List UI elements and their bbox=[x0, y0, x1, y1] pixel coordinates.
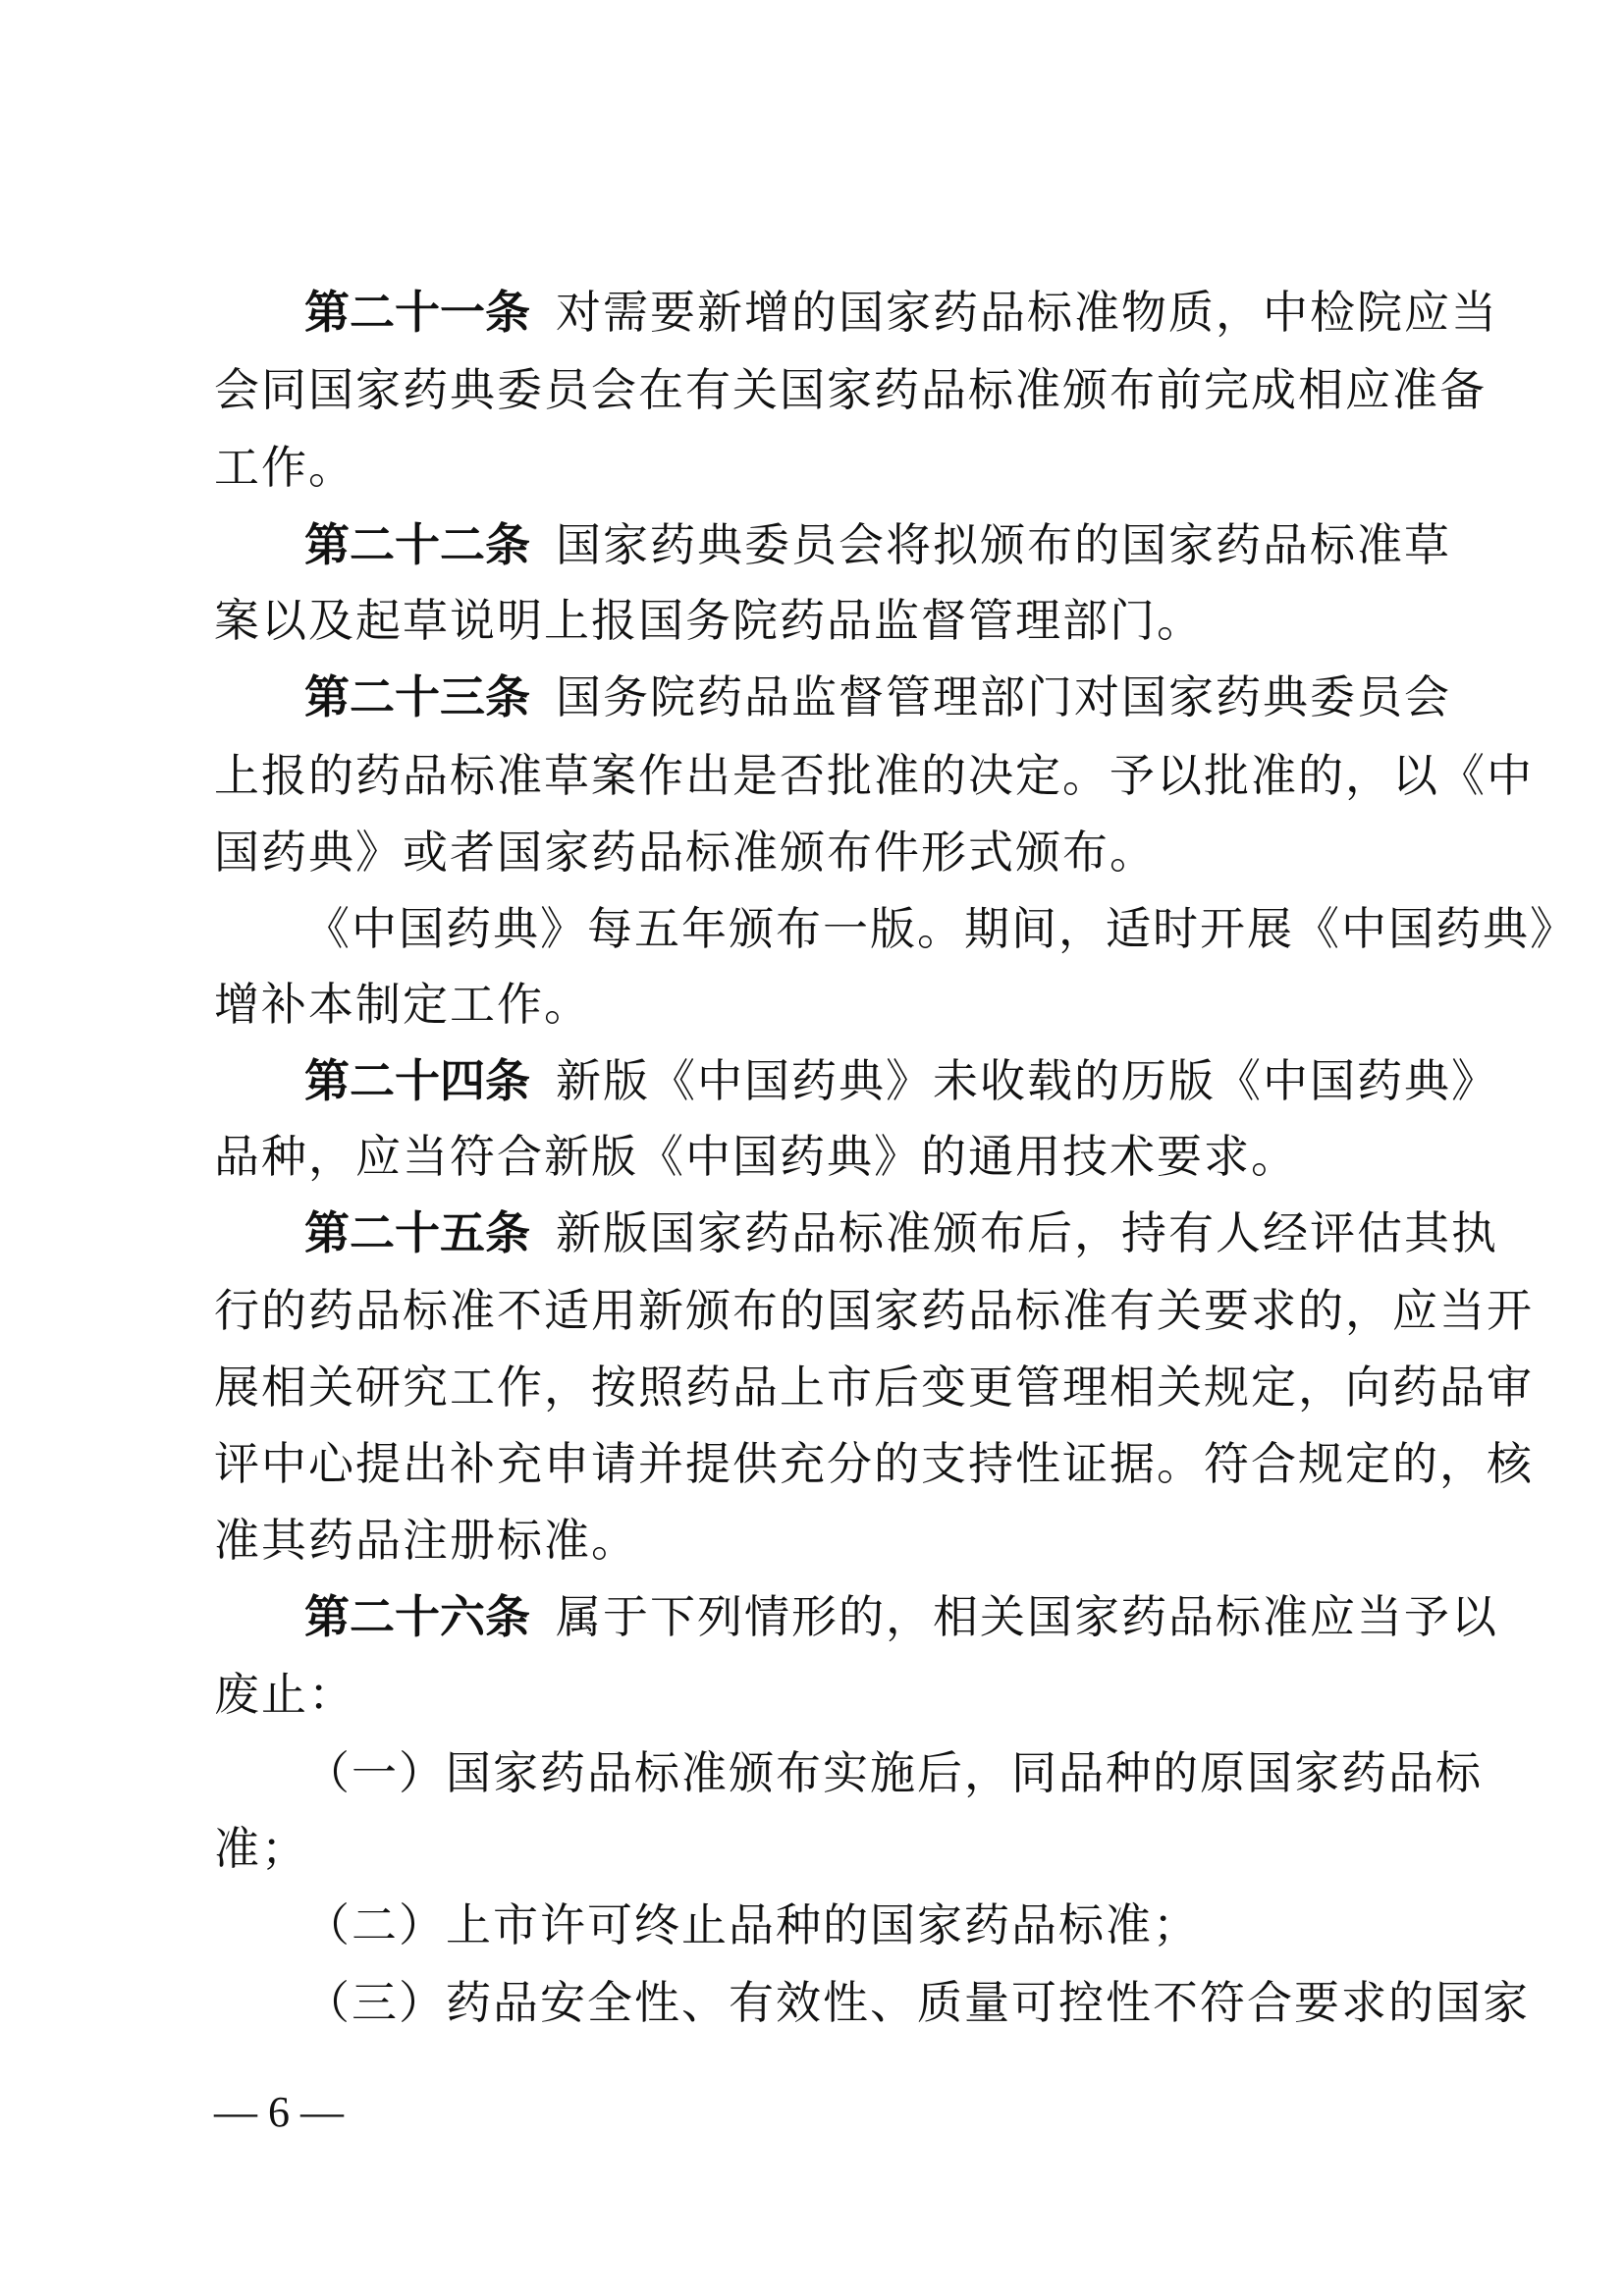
article-25-line-1: 第二十五条新版国家药品标准颁布后，持有人经评估其执 bbox=[214, 1203, 1428, 1262]
article-21-heading: 第二十一条 bbox=[304, 286, 530, 339]
article-26-item-2: （二）上市许可终止品种的国家药品标准； bbox=[214, 1896, 1428, 1954]
page-number: — 6 — bbox=[214, 2083, 344, 2142]
article-22-heading: 第二十二条 bbox=[304, 518, 530, 571]
article-25-line-3: 展相关研究工作，按照药品上市后变更管理相关规定，向药品审 bbox=[214, 1358, 1428, 1416]
article-24-line-1: 第二十四条新版《中国药典》未收载的历版《中国药典》 bbox=[214, 1051, 1428, 1110]
article-24-line-2: 品种，应当符合新版《中国药典》的通用技术要求。 bbox=[214, 1127, 1428, 1186]
article-25-heading: 第二十五条 bbox=[304, 1206, 530, 1259]
article-21-line-3: 工作。 bbox=[214, 438, 1428, 497]
article-21-line-1: 第二十一条对需要新增的国家药品标准物质，中检院应当 bbox=[214, 283, 1428, 342]
article-23-line-3: 国药典》或者国家药品标准颁布件形式颁布。 bbox=[214, 823, 1428, 881]
article-26-item-1-line-1: （一）国家药品标准颁布实施后，同品种的原国家药品标 bbox=[214, 1743, 1428, 1802]
article-25-line-5: 准其药品注册标准。 bbox=[214, 1511, 1428, 1570]
article-26-line-2: 废止： bbox=[214, 1665, 1428, 1724]
article-25-line-2: 行的药品标准不适用新颁布的国家药品标准有关要求的，应当开 bbox=[214, 1281, 1428, 1340]
article-26-item-1-line-2: 准； bbox=[214, 1819, 1428, 1878]
article-23-line-1: 第二十三条国务院药品监督管理部门对国家药典委员会 bbox=[214, 667, 1428, 726]
article-26-line-1: 第二十六条属于下列情形的，相关国家药品标准应当予以 bbox=[214, 1587, 1428, 1646]
article-23-heading: 第二十三条 bbox=[304, 670, 530, 723]
article-26-heading: 第二十六条 bbox=[304, 1590, 530, 1643]
document-page: 第二十一条对需要新增的国家药品标准物质，中检院应当 会同国家药典委员会在有关国家… bbox=[0, 0, 1624, 2296]
article-22-line-2: 案以及起草说明上报国务院药品监督管理部门。 bbox=[214, 591, 1428, 650]
article-23-line-2: 上报的药品标准草案作出是否批准的决定。予以批准的，以《中 bbox=[214, 746, 1428, 805]
article-24-heading: 第二十四条 bbox=[304, 1054, 530, 1107]
article-26-item-3-line-1: （三）药品安全性、有效性、质量可控性不符合要求的国家 bbox=[214, 1973, 1428, 2032]
article-21-line-2: 会同国家药典委员会在有关国家药品标准颁布前完成相应准备 bbox=[214, 360, 1428, 419]
article-23-para2-line-2: 增补本制定工作。 bbox=[214, 975, 1428, 1034]
article-23-para2-line-1: 《中国药典》每五年颁布一版。期间，适时开展《中国药典》 bbox=[214, 899, 1428, 958]
article-22-line-1: 第二十二条国家药典委员会将拟颁布的国家药品标准草 bbox=[214, 515, 1428, 574]
article-25-line-4: 评中心提出补充申请并提供充分的支持性证据。符合规定的，核 bbox=[214, 1434, 1428, 1493]
